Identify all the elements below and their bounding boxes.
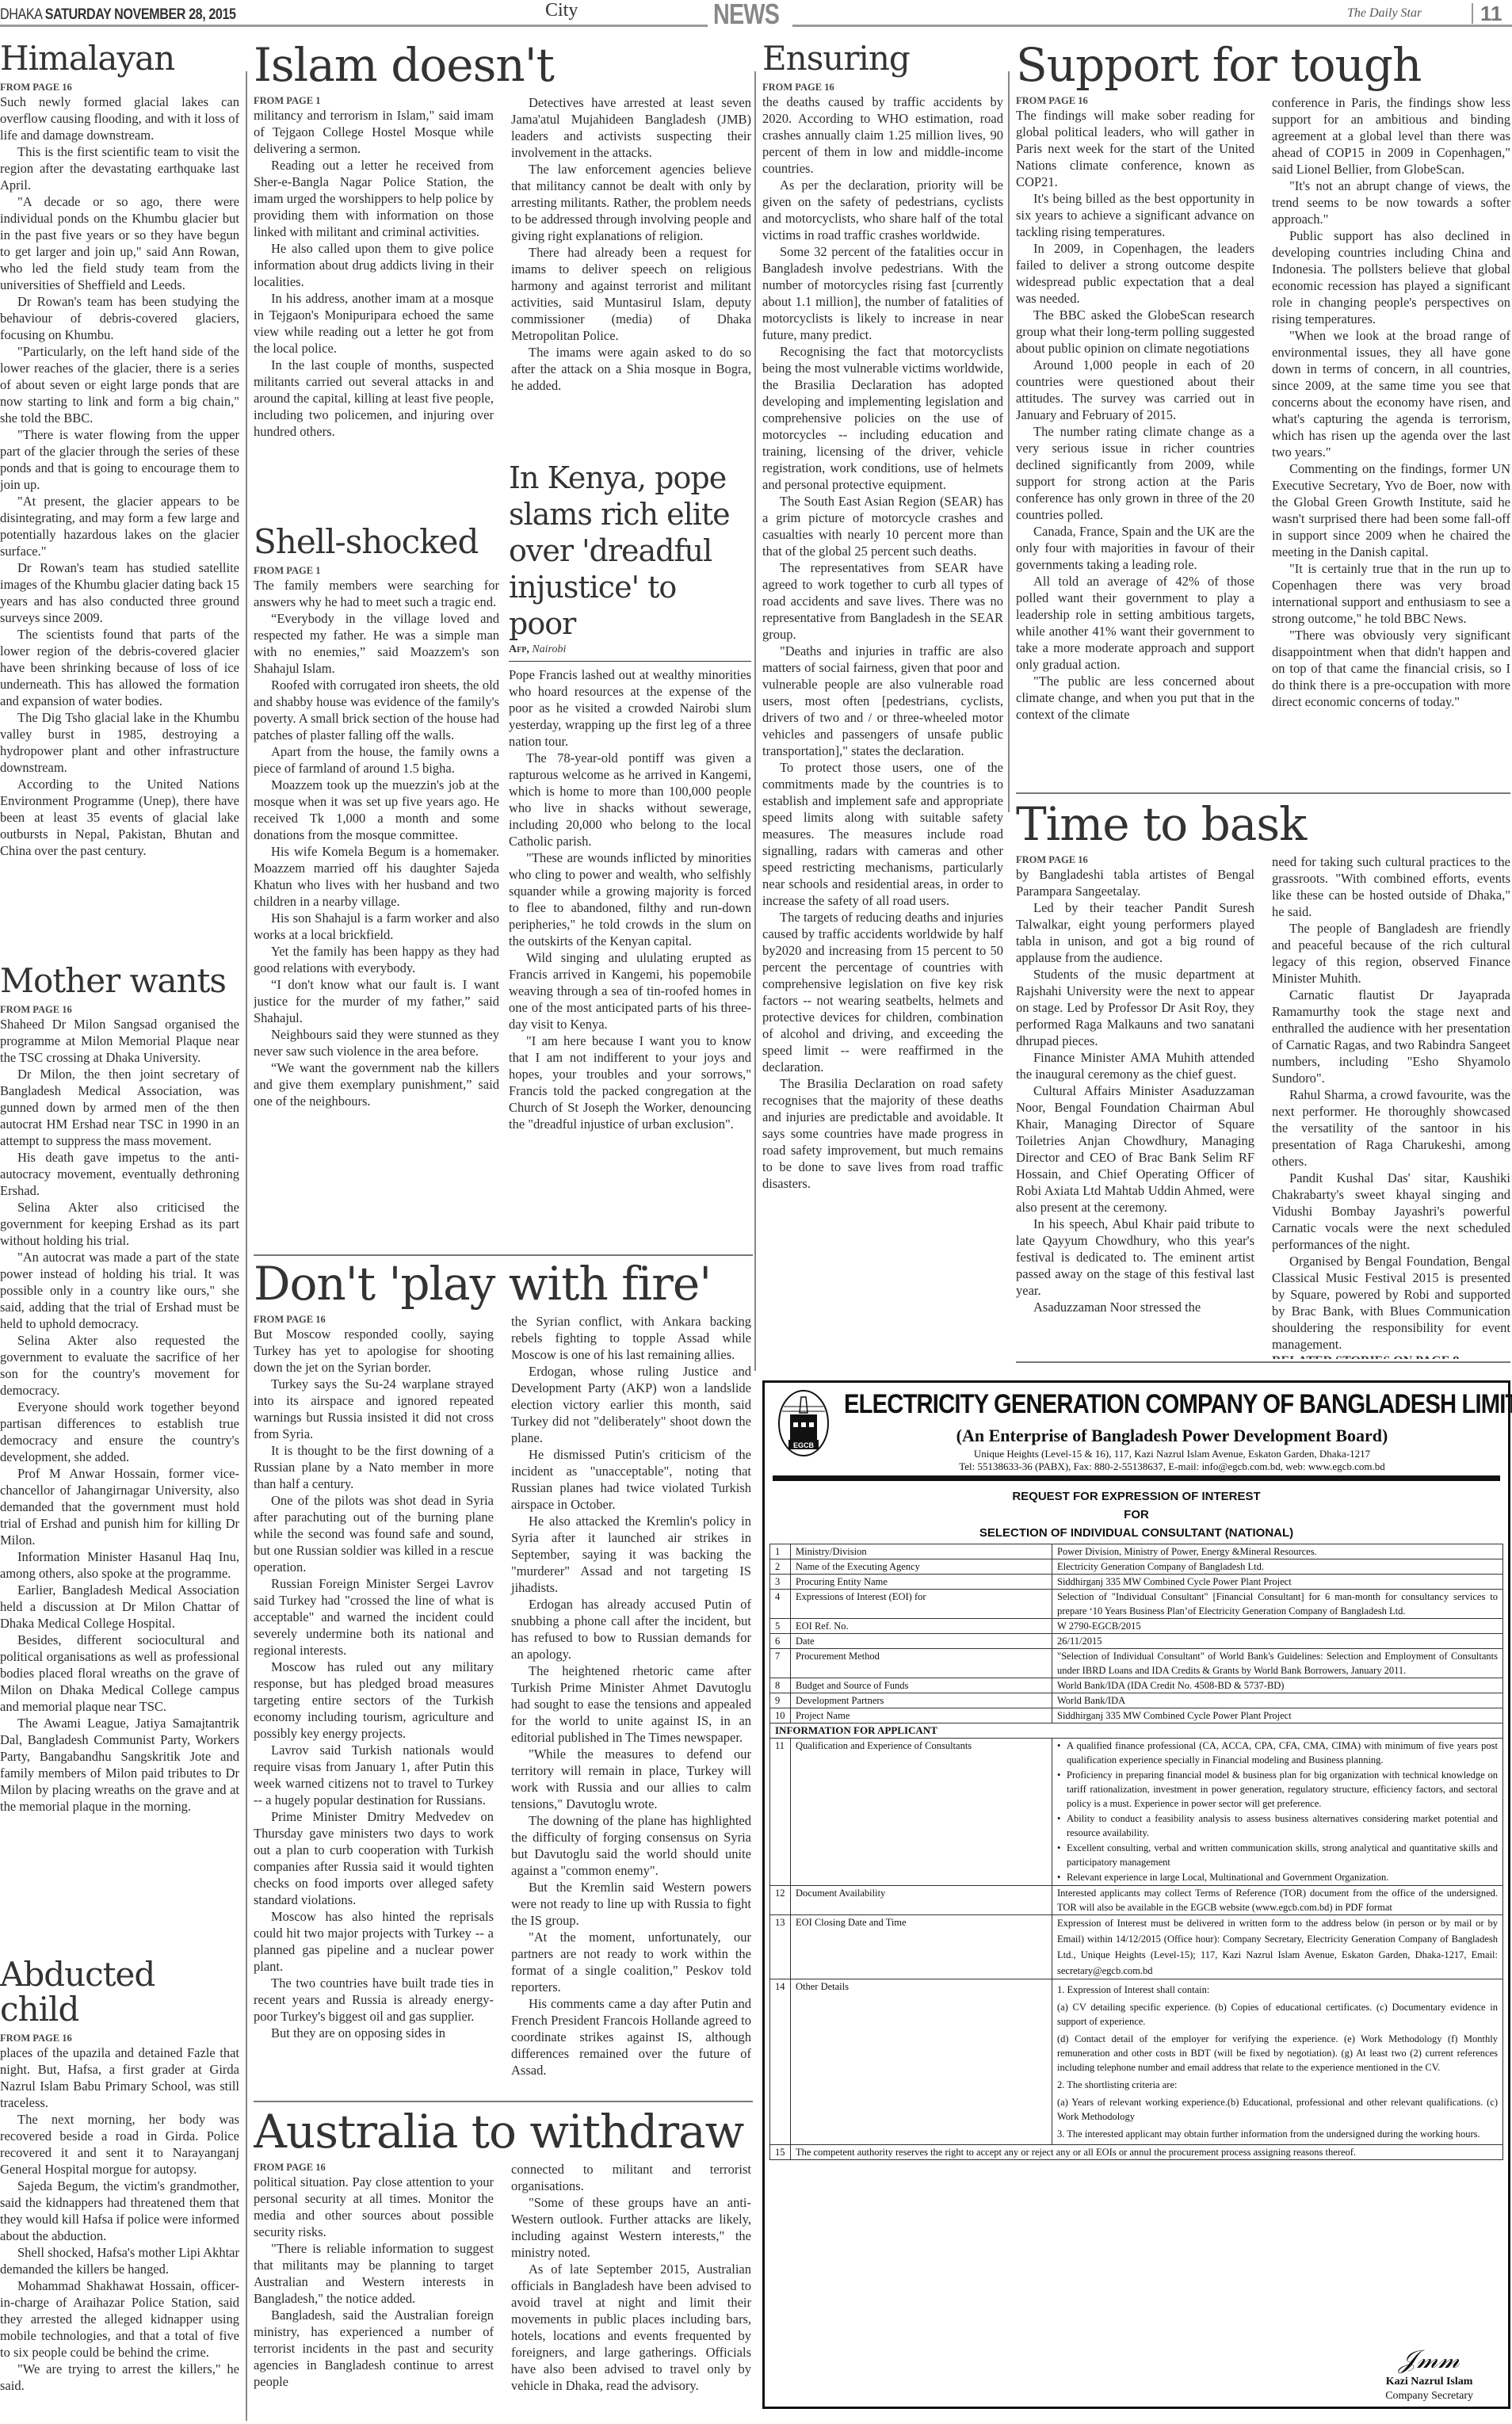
article-mother-wants: Mother wants FROM PAGE 16 Shaheed Dr Mil… — [0, 964, 239, 1954]
jump-label: FROM PAGE 16 — [0, 1003, 239, 1016]
section-label-city: City — [545, 0, 578, 21]
table-row: 9Development PartnersWorld Bank/IDA — [770, 1693, 1503, 1708]
article-body: by Bangladeshi tabla artistes of Bengal … — [1016, 866, 1254, 1315]
column-divider — [246, 71, 247, 2421]
table-row: 4Expressions of Interest (EOI) forSelect… — [770, 1590, 1503, 1619]
headline: Australia to withdraw — [254, 2108, 751, 2156]
table-row: 3Procuring Entity NameSiddhirganj 335 MW… — [770, 1575, 1503, 1590]
article-australia-withdraw: Australia to withdraw FROM PAGE 16 polit… — [254, 2108, 751, 2424]
headline: In Kenya, pope slams rich elite over 'dr… — [509, 460, 751, 642]
page-number: 11 — [1480, 2, 1502, 26]
article-body: Detectives have arrested at least seven … — [511, 94, 751, 394]
jump-label: FROM PAGE 16 — [1016, 94, 1254, 107]
jump-label: FROM PAGE 16 — [0, 81, 239, 94]
article-support-for-tough: Support for tough FROM PAGE 16 The findi… — [1016, 41, 1510, 790]
article-body: Shaheed Dr Milon Sangsad organised the p… — [0, 1016, 239, 1815]
section-label-news: NEWS — [713, 0, 779, 29]
article-body: The family members were searching for an… — [254, 577, 499, 1109]
jump-label: FROM PAGE 16 — [762, 81, 1003, 94]
byline: Afp, Nairobi — [509, 642, 751, 662]
newspaper-logo: The Daily Star — [1347, 6, 1422, 21]
divider — [773, 1475, 1500, 1481]
article-shell-shocked: Shell-shocked FROM PAGE 1 The family mem… — [254, 525, 499, 1246]
eoi-table: 1Ministry/DivisionPower Division, Minist… — [769, 1544, 1503, 2160]
table-row: 10Project NameSiddhirganj 335 MW Combine… — [770, 1708, 1503, 1724]
article-body: the Syrian conflict, with Ankara backing… — [511, 1313, 751, 2079]
article-body: connected to militant and terrorist orga… — [511, 2161, 751, 2394]
company-address: Unique Heights (Level-15 & 16), 117, Kaz… — [765, 1448, 1508, 1460]
headline: Time to bask — [1016, 800, 1510, 849]
section-divider — [254, 2101, 753, 2102]
table-row: 13 EOI Closing Date and Time Expression … — [770, 1915, 1503, 1979]
jump-label: FROM PAGE 16 — [0, 2032, 239, 2044]
table-row: 2Name of the Executing AgencyElectricity… — [770, 1559, 1503, 1575]
article-body: Pope Francis lashed out at wealthy minor… — [509, 666, 751, 1132]
section-divider — [1016, 1361, 1510, 1363]
headline: Islam doesn't — [254, 41, 751, 90]
article-body: the deaths caused by traffic accidents b… — [762, 94, 1003, 1192]
article-body: Such newly formed glacial lakes can over… — [0, 94, 239, 859]
masthead-rule — [792, 25, 1512, 27]
article-abducted-child: Abducted child FROM PAGE 16 places of th… — [0, 1957, 239, 2424]
column-divider — [1008, 71, 1010, 812]
jump-label: FROM PAGE 16 — [254, 2161, 494, 2174]
headline: Shell-shocked — [254, 525, 499, 559]
column-divider — [754, 71, 756, 1371]
jump-label: FROM PAGE 16 — [1016, 853, 1254, 866]
table-row: 14 Other Details 1. Expression of Intere… — [770, 1979, 1503, 2145]
table-row: 12 Document Availability Interested appl… — [770, 1886, 1503, 1915]
article-body: But Moscow responded coolly, saying Turk… — [254, 1326, 494, 2041]
table-row: 7Procurement Method"Selection of Individ… — [770, 1649, 1503, 1678]
signature-icon: 𝒥𝓂𝓂 — [1385, 2343, 1473, 2375]
table-row: 1Ministry/DivisionPower Division, Minist… — [770, 1544, 1503, 1559]
company-name: ELECTRICITY GENERATION COMPANY OF BANGLA… — [844, 1389, 1512, 1420]
article-islam-doesnt: Islam doesn't FROM PAGE 1 militancy and … — [254, 41, 751, 517]
article-time-to-bask: Time to bask FROM PAGE 16 by Bangladeshi… — [1016, 800, 1510, 1359]
divider — [1472, 3, 1473, 24]
masthead: DHAKA SATURDAY NOVEMBER 28, 2015 City NE… — [0, 0, 1512, 32]
section-divider — [1016, 792, 1510, 794]
article-body: places of the upazila and detained Fazle… — [0, 2044, 239, 2394]
jump-label: FROM PAGE 1 — [254, 564, 499, 577]
article-kenya-pope: In Kenya, pope slams rich elite over 'dr… — [509, 460, 751, 1248]
table-row: 11 Qualification and Experience of Consu… — [770, 1739, 1503, 1886]
jump-label: FROM PAGE 16 — [254, 1313, 494, 1326]
section-divider — [254, 1254, 753, 1256]
article-himalayan: Himalayan FROM PAGE 16 Such newly formed… — [0, 41, 239, 929]
article-body: conference in Paris, the findings show l… — [1272, 94, 1510, 710]
dateline: DHAKA SATURDAY NOVEMBER 28, 2015 — [0, 6, 236, 24]
company-contact: Tel: 55138633-36 (PABX), Fax: 880-2-5513… — [765, 1460, 1508, 1473]
table-row: 8Budget and Source of FundsWorld Bank/ID… — [770, 1678, 1503, 1693]
headline: Don't 'play with fire' — [254, 1260, 751, 1308]
related-stories-link[interactable]: RELATED STORIES ON PAGE 9 — [1272, 1354, 1510, 1359]
article-dont-play-with-fire: Don't 'play with fire' FROM PAGE 16 But … — [254, 1260, 751, 2098]
signature-block: 𝒥𝓂𝓂 Kazi Nazrul Islam Company Secretary — [1385, 2343, 1473, 2403]
headline: Mother wants — [0, 964, 239, 998]
article-body: political situation. Pay close attention… — [254, 2174, 494, 2390]
advertisement-egcb: EGCB ELECTRICITY GENERATION COMPANY OF B… — [762, 1380, 1510, 2409]
article-body: need for taking such cultural practices … — [1272, 853, 1510, 1353]
headline: Himalayan — [0, 41, 239, 76]
headline: Abducted child — [0, 1957, 239, 2027]
headline: Ensuring — [762, 41, 1003, 76]
masthead-rule — [0, 25, 708, 27]
qualification-list: A qualified finance professional (CA, AC… — [1057, 1739, 1498, 1884]
notice-title: REQUEST FOR EXPRESSION OF INTEREST FOR S… — [765, 1487, 1508, 1542]
company-subtitle: (An Enterprise of Bangladesh Power Devel… — [765, 1426, 1508, 1446]
jump-label: FROM PAGE 1 — [254, 94, 494, 107]
article-body: militancy and terrorism in Islam," said … — [254, 107, 494, 440]
table-row: 15 The competent authority reserves the … — [770, 2145, 1503, 2160]
article-body: The findings will make sober reading for… — [1016, 107, 1254, 723]
table-row: 5EOI Ref. No.W 2790-EGCB/2015 — [770, 1619, 1503, 1634]
headline: Support for tough — [1016, 41, 1510, 90]
table-row: 6Date26/11/2015 — [770, 1634, 1503, 1649]
section-header-row: INFORMATION FOR APPLICANT — [770, 1724, 1503, 1739]
article-ensuring: Ensuring FROM PAGE 16 the deaths caused … — [762, 41, 1003, 1372]
